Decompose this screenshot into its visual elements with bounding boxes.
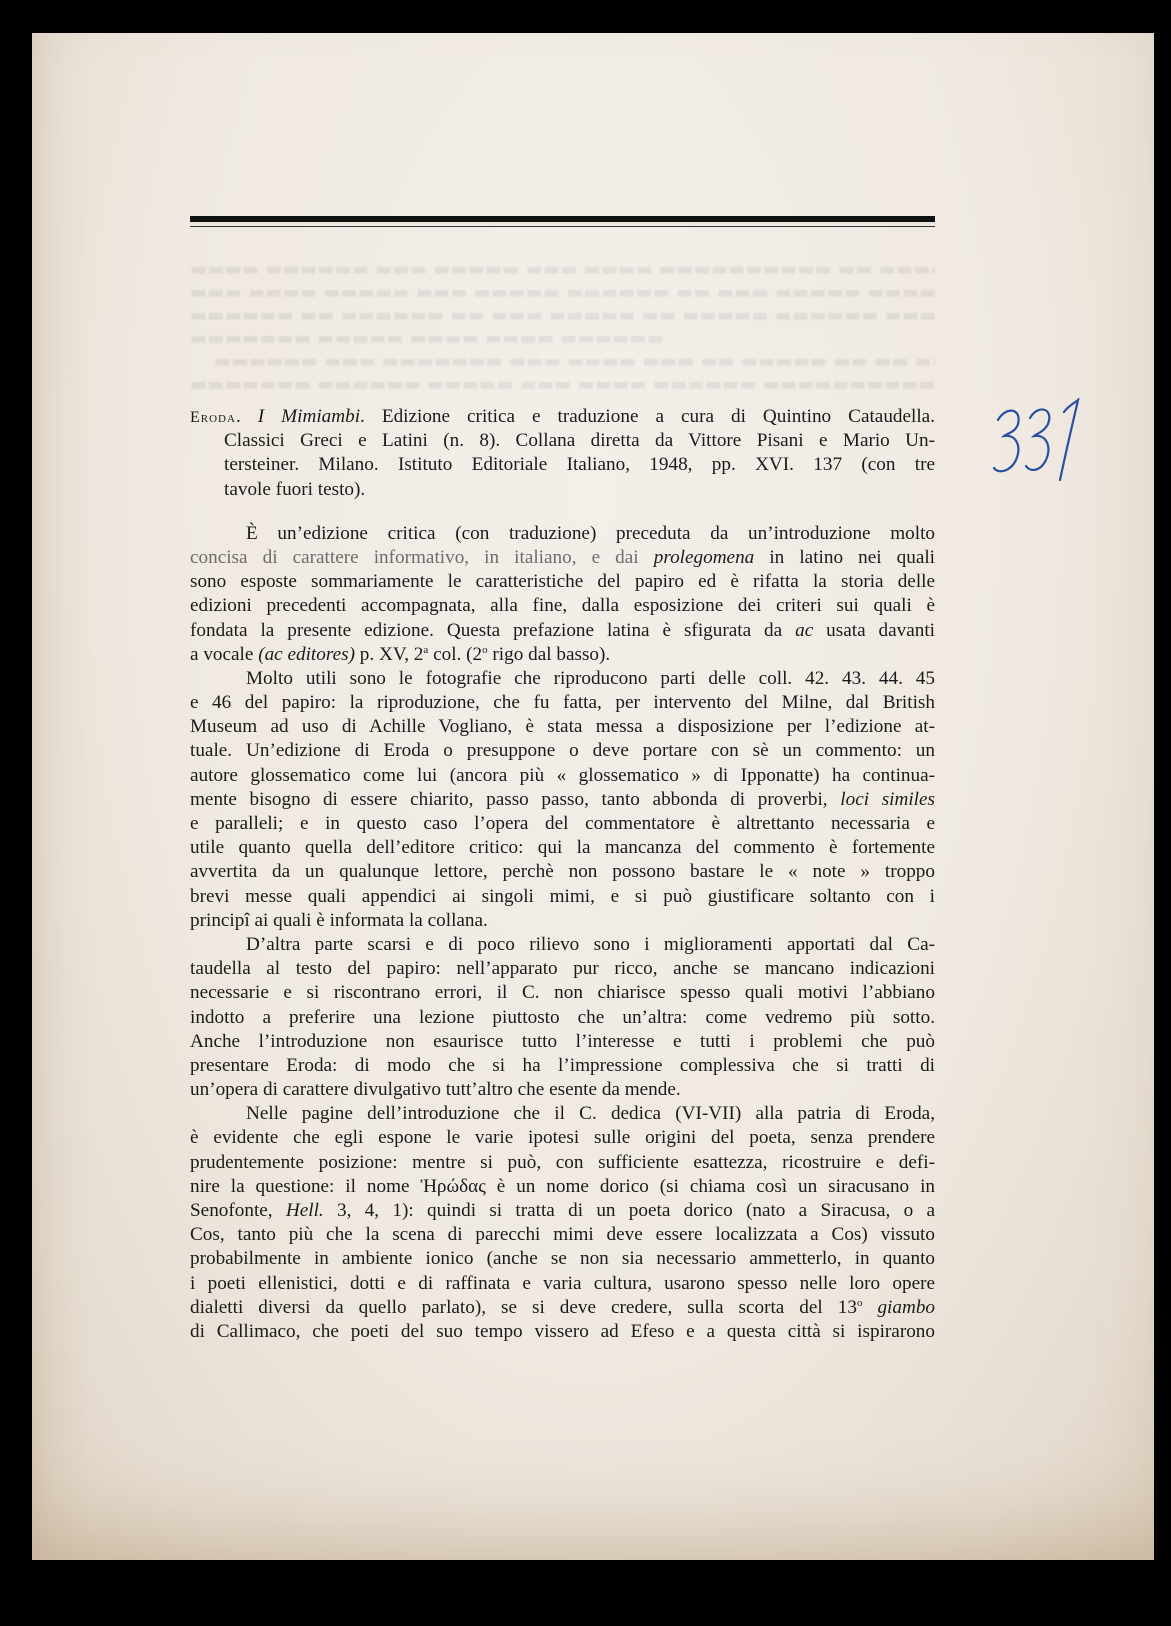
header-rule [190,216,935,224]
text-line: mente bisogno di essere chiarito, passo … [190,788,935,812]
text-line: Anche l’introduzione non esaurisce tutto… [190,1030,935,1054]
entry-line: Eroda. I Mimiambi. Edizione critica e tr… [190,405,935,429]
text-line: Museum ad uso di Achille Vogliano, è sta… [190,715,935,739]
text-line: Molto utili sono le fotografie che ripro… [190,667,935,691]
text-line: principî ai quali è informata la collana… [190,909,935,933]
paragraph-3: D’altra parte scarsi e di poco rilievo s… [190,933,935,1102]
article-body: Eroda. I Mimiambi. Edizione critica e tr… [190,405,935,1344]
text-line: e 46 del papiro: la riproduzione, che fu… [190,691,935,715]
entry-author: Eroda [190,409,236,426]
text-line: brevi messe quali appendici ai singoli m… [190,885,935,909]
text-line: indotto a preferire una lezione piuttost… [190,1006,935,1030]
text-line: taudella al testo del papiro: nell’appar… [190,957,935,981]
text-line: utile quanto quella dell’editore critico… [190,836,935,860]
text-line: D’altra parte scarsi e di poco rilievo s… [190,933,935,957]
entry-title: I Mimiambi [258,406,360,427]
bibliographic-entry: Eroda. I Mimiambi. Edizione critica e tr… [190,405,935,502]
text-line: sono esposte sommariamente le caratteris… [190,570,935,594]
text-line: un’opera di carattere divulgativo tutt’a… [190,1078,935,1102]
text-line: probabilmente in ambiente ionico (anche … [190,1247,935,1271]
paragraph-4: Nelle pagine dell’introduzione che il C.… [190,1102,935,1344]
text-line: edizioni precedenti accompagnata, alla f… [190,594,935,618]
text-line: Nelle pagine dell’introduzione che il C.… [190,1102,935,1126]
text-line: tuale. Un’edizione di Eroda o presuppone… [190,739,935,763]
text-line: di Callimaco, che poeti del suo tempo vi… [190,1320,935,1344]
entry-line: tavole fuori testo). [190,478,935,502]
entry-line: tersteiner. Milano. Istituto Editoriale … [190,453,935,477]
text-line: nire la questione: il nome Ἡρώδας è un n… [190,1175,935,1199]
text-line: concisa di carattere informativo, in ita… [190,546,935,570]
handwritten-page-number [992,398,1082,488]
text-line: Cos, tanto più che la scena di parecchi … [190,1223,935,1247]
text-line: presentare Eroda: di modo che si ha l’im… [190,1054,935,1078]
text-line: prudentemente posizione: mentre si può, … [190,1151,935,1175]
text-line: e paralleli; e in questo caso l’opera de… [190,812,935,836]
text-line: autore glossematico come lui (ancora più… [190,764,935,788]
paragraph-2: Molto utili sono le fotografie che ripro… [190,667,935,933]
paragraph-1: È un’edizione critica (con traduzione) p… [190,522,935,667]
text-line: necessarie e si riscontrano errori, il C… [190,981,935,1005]
text-line: i poeti ellenistici, dotti e di raffinat… [190,1272,935,1296]
bleed-through-text: ▬▬▬▬ ▬▬▬▬▬▬ ▬▬▬ ▬▬▬▬▬ ▬▬▬ ▬▬▬▬ ▬▬▬▬▬▬▬▬▬… [190,258,935,396]
text-line: a vocale (ac editores) p. XV, 2a col. (2… [190,643,935,667]
text-line: fondata la presente edizione. Questa pre… [190,619,935,643]
text-line: È un’edizione critica (con traduzione) p… [190,522,935,546]
document-page: ▬▬▬▬ ▬▬▬▬▬▬ ▬▬▬ ▬▬▬▬▬ ▬▬▬ ▬▬▬▬ ▬▬▬▬▬▬▬▬▬… [32,33,1154,1560]
entry-line: Classici Greci e Latini (n. 8). Collana … [190,429,935,453]
text-line: avvertita da un qualunque lettore, perch… [190,860,935,884]
text-line: Senofonte, Hell. 3, 4, 1): quindi si tra… [190,1199,935,1223]
text-line: è evidente che egli espone le varie ipot… [190,1126,935,1150]
text-line: dialetti diversi da quello parlato), se … [190,1296,935,1320]
